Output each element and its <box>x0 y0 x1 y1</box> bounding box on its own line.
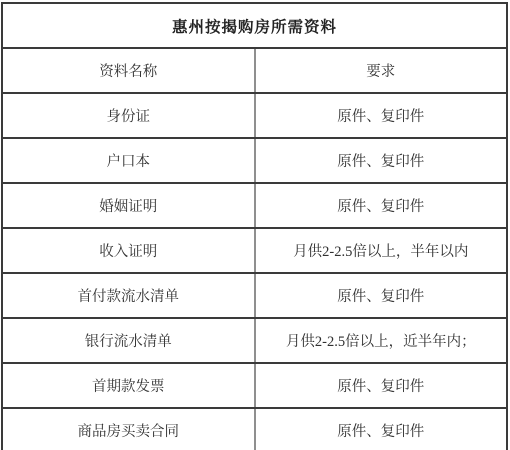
material-name-cell: 收入证明 <box>2 228 255 273</box>
material-name-cell: 首付款流水清单 <box>2 273 255 318</box>
requirement-cell: 原件、复印件 <box>255 363 508 408</box>
requirement-cell: 月供2-2.5倍以上，近半年内； <box>255 318 508 363</box>
table-row: 身份证 原件、复印件 <box>2 93 507 138</box>
table-row: 商品房买卖合同 原件、复印件 <box>2 408 507 450</box>
requirement-cell: 月供2-2.5倍以上，半年以内 <box>255 228 508 273</box>
material-name-cell: 户口本 <box>2 138 255 183</box>
title-row: 惠州按揭购房所需资料 <box>2 3 507 48</box>
requirement-cell: 原件、复印件 <box>255 408 508 450</box>
table-row: 银行流水清单 月供2-2.5倍以上，近半年内； <box>2 318 507 363</box>
material-name-cell: 婚姻证明 <box>2 183 255 228</box>
column-header-material-name: 资料名称 <box>2 48 255 93</box>
header-row: 资料名称 要求 <box>2 48 507 93</box>
requirement-cell: 原件、复印件 <box>255 93 508 138</box>
table-row: 户口本 原件、复印件 <box>2 138 507 183</box>
requirement-cell: 原件、复印件 <box>255 138 508 183</box>
table-row: 首付款流水清单 原件、复印件 <box>2 273 507 318</box>
table-row: 首期款发票 原件、复印件 <box>2 363 507 408</box>
material-name-cell: 身份证 <box>2 93 255 138</box>
document-page: 惠州按揭购房所需资料 资料名称 要求 身份证 原件、复印件 户口本 原件、复印件… <box>0 0 510 450</box>
material-name-cell: 商品房买卖合同 <box>2 408 255 450</box>
requirement-cell: 原件、复印件 <box>255 183 508 228</box>
column-header-requirement: 要求 <box>255 48 508 93</box>
table-title: 惠州按揭购房所需资料 <box>2 3 507 48</box>
table-row: 收入证明 月供2-2.5倍以上，半年以内 <box>2 228 507 273</box>
requirement-cell: 原件、复印件 <box>255 273 508 318</box>
requirements-table: 惠州按揭购房所需资料 资料名称 要求 身份证 原件、复印件 户口本 原件、复印件… <box>1 2 508 450</box>
material-name-cell: 首期款发票 <box>2 363 255 408</box>
table-row: 婚姻证明 原件、复印件 <box>2 183 507 228</box>
material-name-cell: 银行流水清单 <box>2 318 255 363</box>
